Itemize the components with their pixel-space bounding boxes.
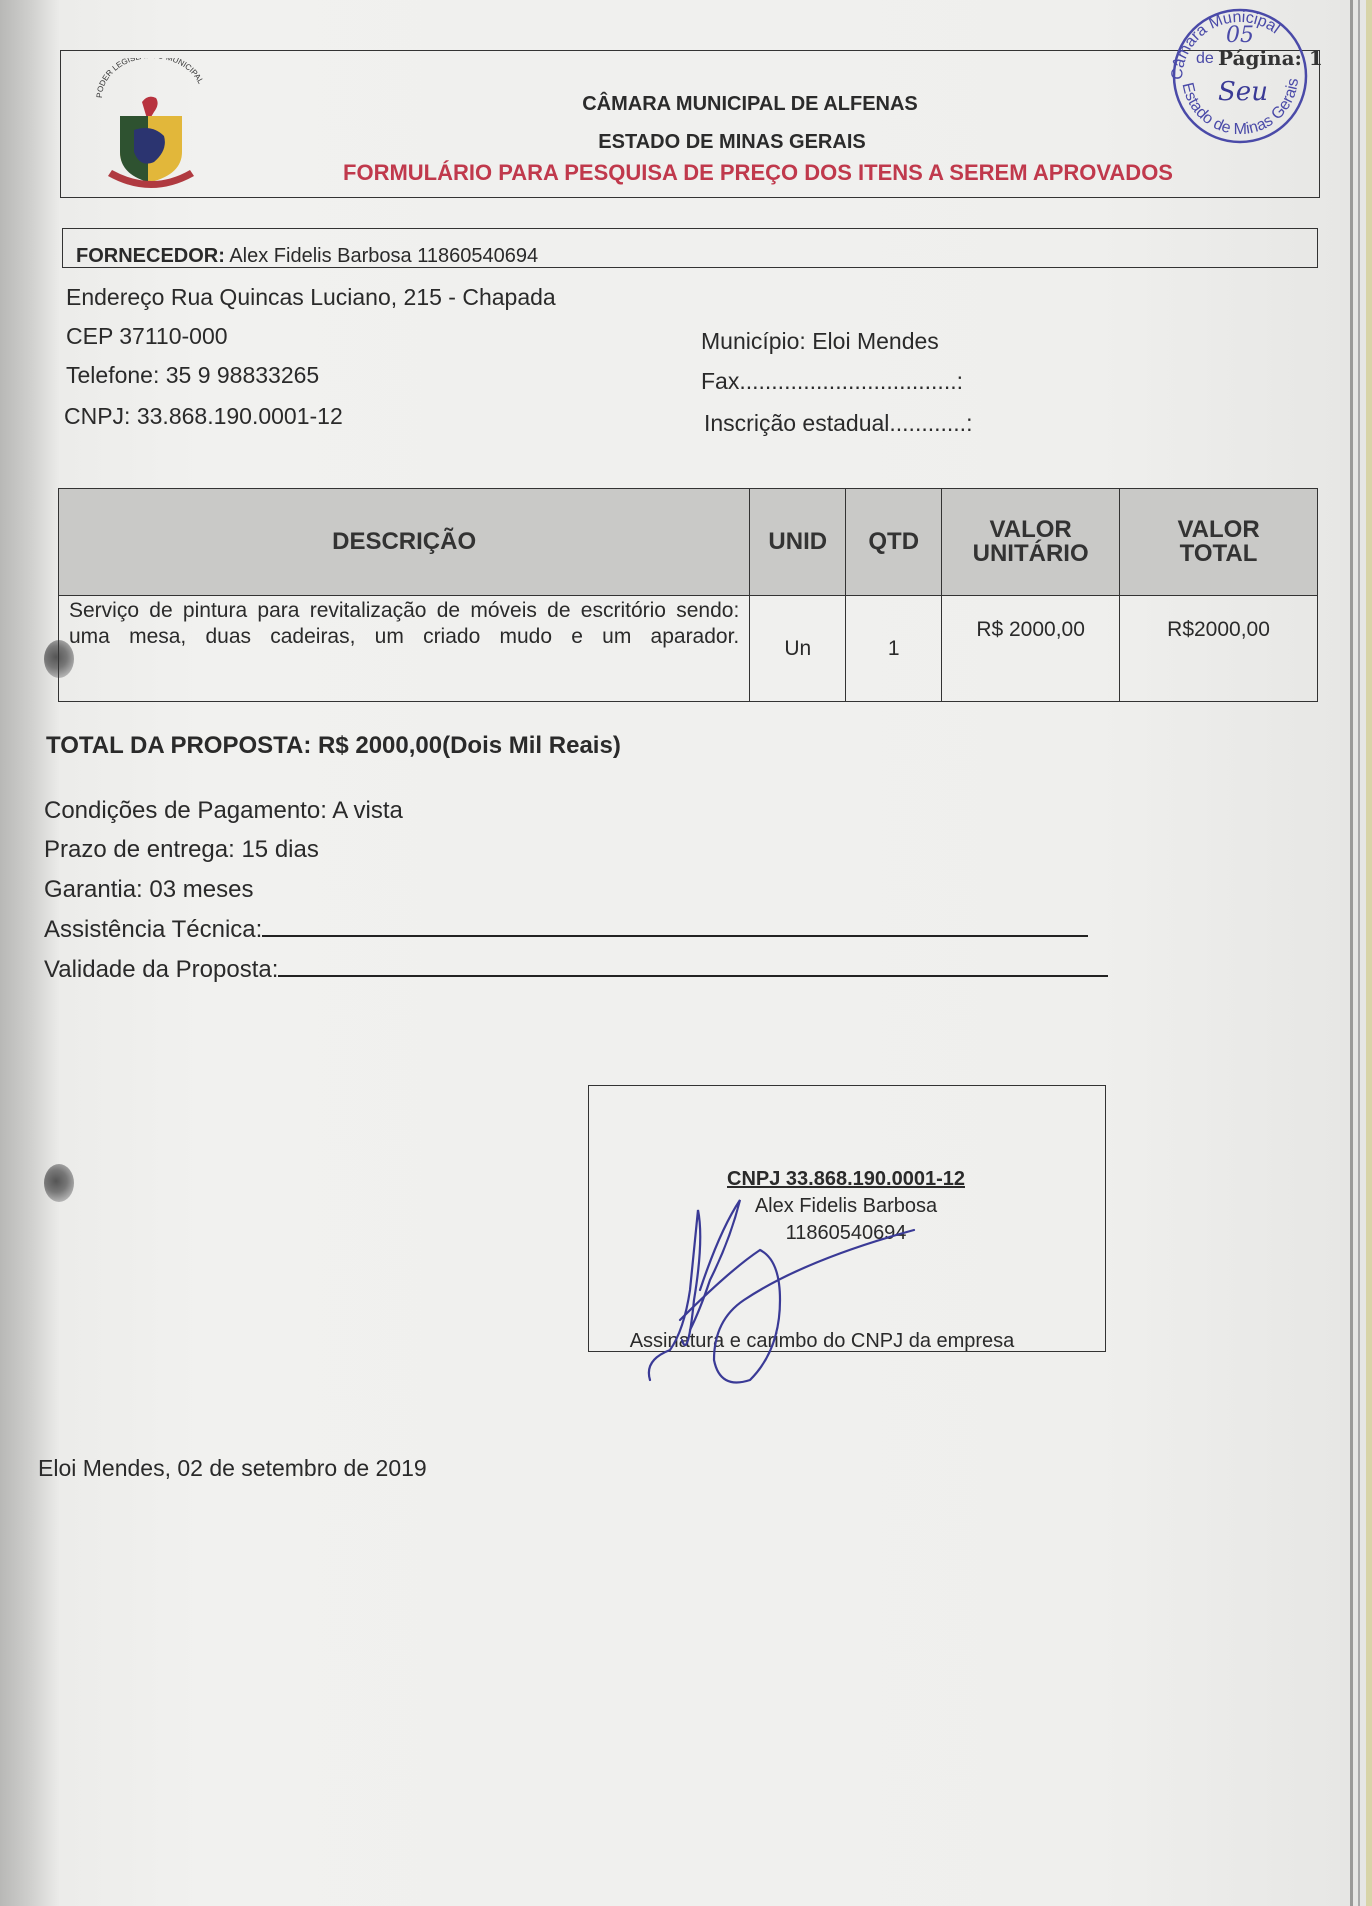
cell-qtd: 1 (846, 596, 942, 702)
header-valor-unitario: VALOR UNITÁRIO (942, 489, 1120, 596)
header-valor-total: VALOR TOTAL (1120, 489, 1318, 596)
payment-conditions: Condições de Pagamento: A vista (44, 797, 403, 825)
svg-text:Seu: Seu (1218, 77, 1268, 107)
supplier-fax: Fax..................................: (701, 368, 963, 395)
header-unid: UNID (750, 489, 846, 596)
supplier-line: FORNECEDOR: Alex Fidelis Barbosa 1186054… (76, 245, 538, 268)
coat-of-arms-logo: PODER LEGISLATIVO MUNICIPAL (90, 58, 210, 188)
supplier-cnpj: CNPJ: 33.868.190.0001-12 (64, 403, 343, 430)
validity-blank (278, 975, 1108, 977)
cell-unid: Un (750, 596, 846, 702)
supplier-phone: Telefone: 35 9 98833265 (66, 362, 319, 389)
warranty: Garantia: 03 meses (44, 876, 253, 904)
tech-support-label: Assistência Técnica: (44, 916, 262, 943)
institution-name: CÂMARA MUNICIPAL DE ALFENAS (350, 93, 1150, 116)
table-header-row: DESCRIÇÃO UNID QTD VALOR UNITÁRIO VALOR … (59, 489, 1318, 596)
table-row: Serviço de pintura para revitalização de… (59, 596, 1318, 702)
supplier-name: Alex Fidelis Barbosa 11860540694 (229, 245, 538, 267)
official-stamp: Câmara Municipal Estado de Minas Gerais … (1160, 0, 1320, 150)
header-descricao: DESCRIÇÃO (59, 489, 750, 596)
handwritten-signature (640, 1180, 960, 1410)
items-table: DESCRIÇÃO UNID QTD VALOR UNITÁRIO VALOR … (58, 488, 1318, 702)
stacked-page-edge (1358, 0, 1360, 1906)
stacked-page-edge (1350, 0, 1353, 1906)
header-qtd: QTD (846, 489, 942, 596)
supplier-label: FORNECEDOR: (76, 245, 225, 267)
validity-field: Validade da Proposta: (44, 956, 1108, 984)
svg-text:PODER LEGISLATIVO MUNICIPAL: PODER LEGISLATIVO MUNICIPAL (95, 58, 206, 98)
place-and-date: Eloi Mendes, 02 de setembro de 2019 (38, 1455, 427, 1482)
tech-support-field: Assistência Técnica: (44, 916, 1088, 944)
validity-label: Validade da Proposta: (44, 956, 278, 983)
form-title: FORMULÁRIO PARA PESQUISA DE PREÇO DOS IT… (308, 160, 1208, 186)
proposal-total: TOTAL DA PROPOSTA: R$ 2000,00(Dois Mil R… (46, 732, 621, 760)
stacked-page-edge (1366, 0, 1372, 1906)
cell-valor-unitario: R$ 2000,00 (942, 596, 1120, 702)
state-name: ESTADO DE MINAS GERAIS (332, 131, 1132, 154)
svg-text:05: 05 (1226, 23, 1254, 48)
svg-text:de: de (1196, 50, 1214, 67)
page-number: Página: 1 (1218, 46, 1323, 70)
cell-descricao: Serviço de pintura para revitalização de… (59, 596, 750, 702)
tech-support-blank (262, 935, 1088, 937)
supplier-inscricao-estadual: Inscrição estadual............: (704, 410, 972, 437)
cell-valor-total: R$2000,00 (1120, 596, 1318, 702)
supplier-cep: CEP 37110-000 (66, 323, 228, 350)
delivery-time: Prazo de entrega: 15 dias (44, 836, 319, 864)
binder-hole (44, 1164, 74, 1202)
supplier-municipio: Município: Eloi Mendes (701, 328, 939, 355)
supplier-address: Endereço Rua Quincas Luciano, 215 - Chap… (66, 284, 556, 311)
